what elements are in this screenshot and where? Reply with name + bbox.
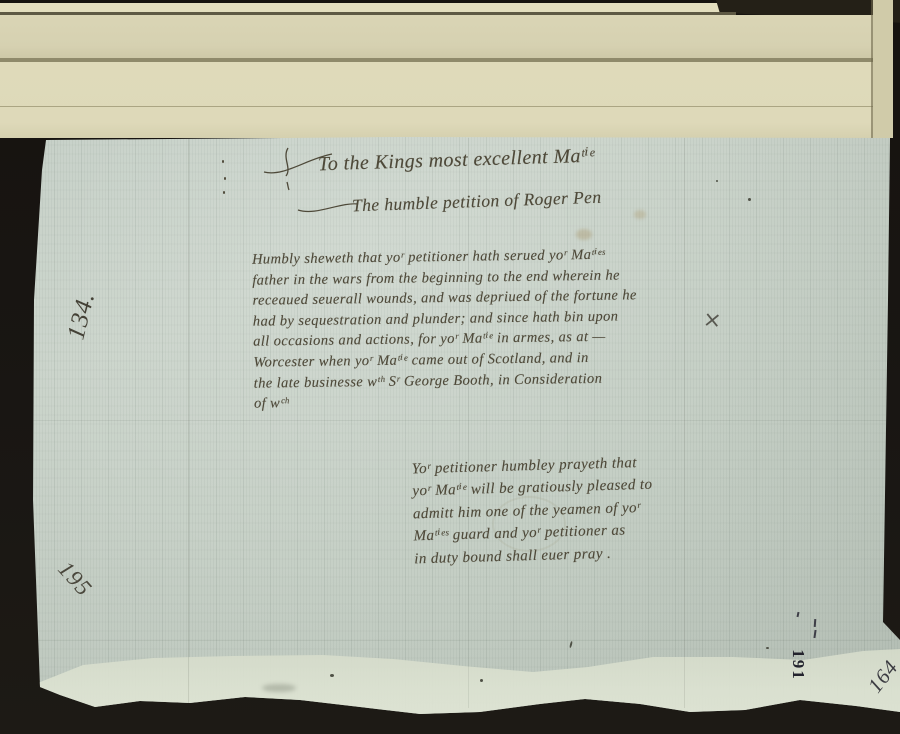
ink-stain	[634, 210, 646, 219]
page-number-stamp: 191	[782, 644, 814, 686]
pencil-x-mark: ×	[702, 307, 723, 334]
fold-crease	[33, 640, 891, 641]
page-edge-divider	[0, 106, 893, 107]
petition-prayer: Yoʳ petitioner humbley prayeth thatyoʳ M…	[411, 452, 654, 571]
speck	[766, 647, 769, 649]
fold-crease	[33, 420, 891, 421]
bound-volume-page-edges	[0, 0, 900, 140]
fold-crease	[188, 138, 189, 708]
speck	[480, 679, 483, 682]
page-edge-strip	[0, 15, 893, 59]
speck	[716, 180, 718, 182]
stamp-number-text: 191	[788, 649, 808, 681]
fold-crease	[468, 138, 469, 708]
speck	[748, 198, 751, 201]
archive-scan: To the Kings most excellent Maᵗⁱᵉ The hu…	[0, 0, 900, 734]
ink-dot	[224, 177, 226, 180]
smudge	[262, 684, 296, 692]
ink-dot	[223, 191, 225, 194]
speck	[330, 674, 334, 677]
ink-stain	[576, 229, 592, 240]
petition-body: Humbly sheweth that yoʳ petitioner hath …	[252, 244, 639, 414]
ink-dot	[222, 160, 224, 163]
page-edge-strip	[873, 0, 893, 138]
page-edge-strip	[0, 62, 893, 138]
fold-crease	[684, 138, 685, 708]
ink-flourish	[296, 198, 360, 218]
